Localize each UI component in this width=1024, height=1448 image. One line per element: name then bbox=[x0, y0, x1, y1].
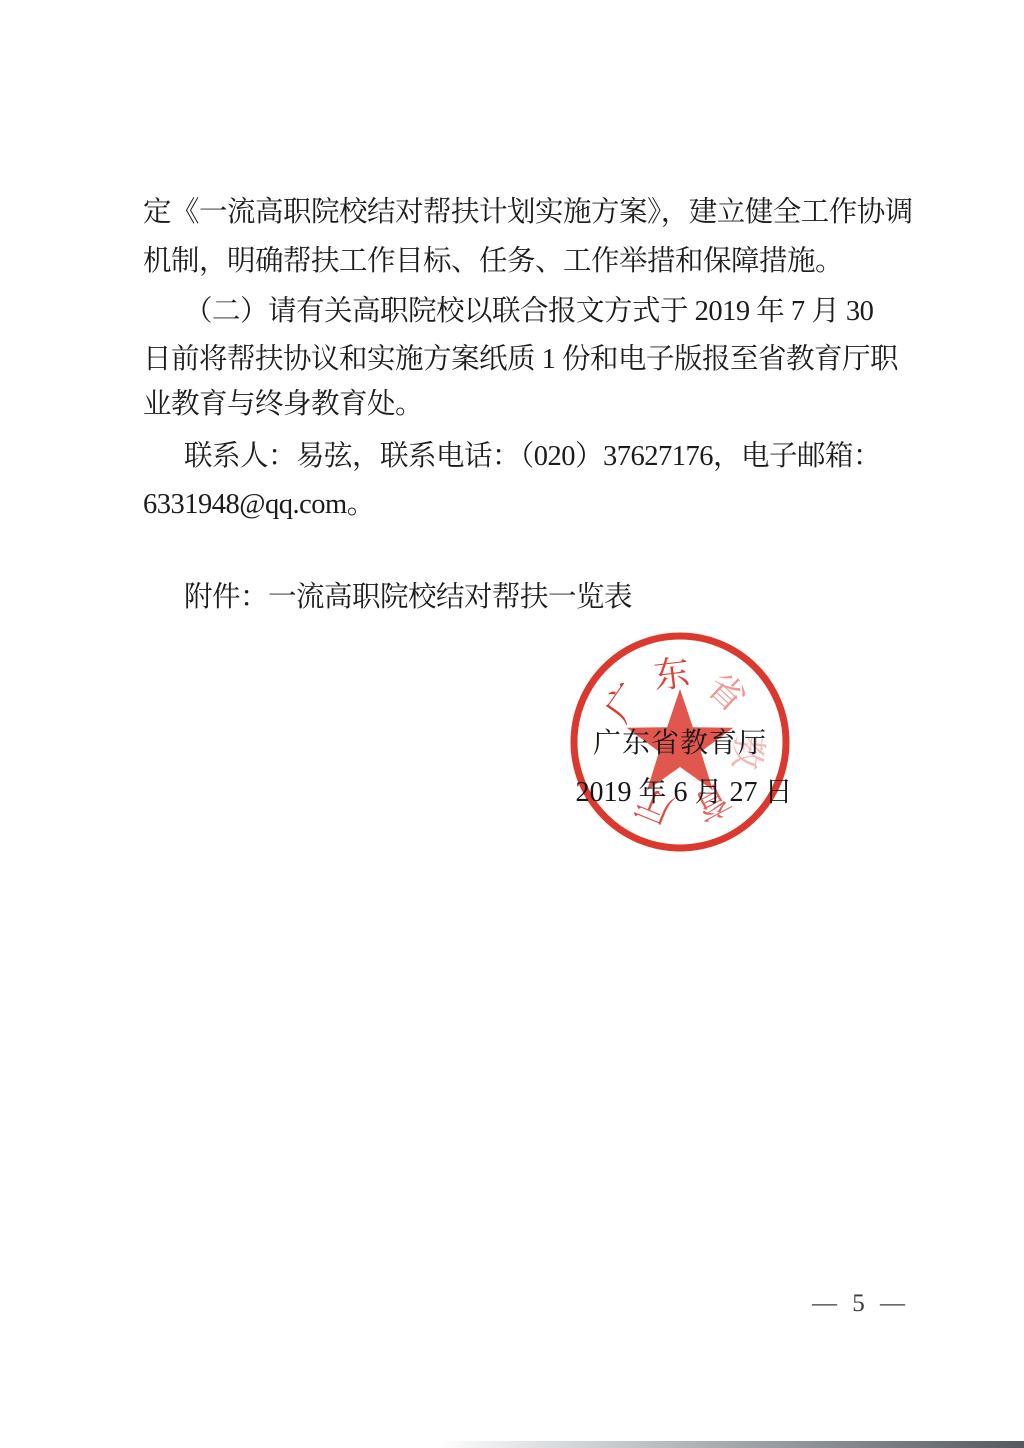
body-line-3-indented: （二）请有关高职院校以联合报文方式于 2019 年 7 月 30 bbox=[184, 288, 873, 329]
scan-edge-shadow bbox=[435, 1441, 1024, 1448]
page-number: — 5 — bbox=[812, 1290, 905, 1318]
body-line-1: 定《一流高职院校结对帮扶计划实施方案》，建立健全工作协调 bbox=[143, 189, 913, 230]
seal-ring-char-3: 省 bbox=[700, 665, 754, 719]
signature-agency: 广东省教育厅 bbox=[550, 721, 810, 761]
scanned-document-page: { "document": { "lines": [ "定《一流高职院校结对帮扶… bbox=[0, 0, 1024, 1448]
body-line-2: 机制，明确帮扶工作目标、任务、工作举措和保障措施。 bbox=[143, 238, 843, 279]
body-line-4: 日前将帮扶协议和实施方案纸质 1 份和电子版报至省教育厅职 bbox=[143, 336, 898, 377]
contact-line: 联系人：易弦，联系电话：（020）37627176，电子邮箱： bbox=[184, 433, 881, 474]
body-line-5: 业教育与终身教育处。 bbox=[143, 381, 423, 422]
signature-date: 2019 年 6 月 27 日 bbox=[534, 770, 834, 810]
seal-ring-char-2: 东 bbox=[651, 652, 692, 696]
email-line: 6331948@qq.com。 bbox=[143, 481, 375, 522]
attachment-line: 附件：一流高职院校结对帮扶一览表 bbox=[184, 574, 632, 615]
